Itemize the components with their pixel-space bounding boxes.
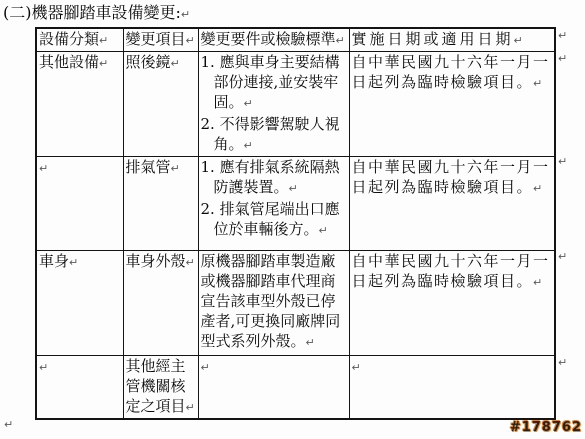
header-category: 設備分類↵ <box>36 28 123 52</box>
cell-end-mark: ↵ <box>171 57 180 70</box>
cell-end-mark: ↵ <box>186 256 195 269</box>
row-end-mark: ↵ <box>558 52 567 65</box>
cell-category: 其他設備↵ <box>36 52 123 157</box>
paragraph-mark: ↵ <box>4 418 13 431</box>
header-item: 變更項目↵ <box>123 28 198 52</box>
cell-category: ↵ <box>36 356 123 420</box>
title-text: (二)機器腳踏車設備變更: <box>3 3 181 22</box>
cell-end-mark: ↵ <box>99 57 108 70</box>
cell-date: 自中華民國九十六年一月一日起列為臨時檢驗項目。↵ <box>349 157 555 251</box>
document-page: (二)機器腳踏車設備變更:↵ 設備分類↵ 變更項目↵ 變更要件或檢驗標準↵ 實施… <box>0 0 585 439</box>
table-row: 其他設備↵ 照後鏡↵ 1. 應與車身主要結構部份連接,並安裝牢固。↵ 2. 不得… <box>36 52 555 157</box>
cell-end-mark: ↵ <box>99 34 108 47</box>
cell-end-mark: ↵ <box>306 336 315 349</box>
cell-item: 照後鏡↵ <box>123 52 198 157</box>
cell-end-mark: ↵ <box>514 34 523 47</box>
row-end-mark: ↵ <box>558 155 567 168</box>
cell-end-mark: ↵ <box>533 276 542 289</box>
cell-end-mark: ↵ <box>533 77 542 90</box>
table-row: 車身↵ 車身外殼↵ 原機器腳踏車製造廠或機器腳踏車代理商宣告該車型外殼已停產者,… <box>36 251 555 356</box>
row-end-mark: ↵ <box>558 29 567 42</box>
header-date: 實施日期或適用日期↵ <box>349 28 555 52</box>
cell-end-mark: ↵ <box>533 182 542 195</box>
row-end-mark: ↵ <box>558 356 567 369</box>
cell-end-mark: ↵ <box>244 97 253 110</box>
cell-end-mark: ↵ <box>244 139 253 152</box>
cell-category: ↵ <box>36 157 123 251</box>
cell-end-mark: ↵ <box>289 182 298 195</box>
cell-end-mark: ↵ <box>69 256 78 269</box>
cell-date: 自中華民國九十六年一月一日起列為臨時檢驗項目。↵ <box>349 251 555 356</box>
cell-end-mark: ↵ <box>186 401 195 414</box>
table-row: ↵ 其他經主管機關核定之項目↵ ↵ ↵ <box>36 356 555 420</box>
table-row: ↵ 排氣管↵ 1. 應有排氣系統隔熱防護裝置。↵ 2. 排氣管尾端出口應位於車輛… <box>36 157 555 251</box>
criteria-item: 原機器腳踏車製造廠或機器腳踏車代理商宣告該車型外殼已停產者,可更換同廠牌同型式系… <box>201 251 347 353</box>
watermark-id: #178762 <box>510 420 582 435</box>
equipment-change-table: 設備分類↵ 變更項目↵ 變更要件或檢驗標準↵ 實施日期或適用日期↵ 其他設備↵ … <box>35 27 556 420</box>
criteria-item: 2. 不得影響駕駛人視角。↵ <box>201 114 347 156</box>
document-title: (二)機器腳踏車設備變更:↵ <box>3 3 190 25</box>
cell-item: 排氣管↵ <box>123 157 198 251</box>
paragraph-mark: ↵ <box>181 8 190 21</box>
cell-criteria: 1. 應與車身主要結構部份連接,並安裝牢固。↵ 2. 不得影響駕駛人視角。↵ <box>198 52 349 157</box>
criteria-item: 1. 應有排氣系統隔熱防護裝置。↵ <box>201 157 347 199</box>
cell-end-mark: ↵ <box>39 361 48 374</box>
cell-criteria: ↵ <box>198 356 349 420</box>
criteria-item: 1. 應與車身主要結構部份連接,並安裝牢固。↵ <box>201 52 347 114</box>
cell-end-mark: ↵ <box>201 361 210 374</box>
cell-end-mark: ↵ <box>352 361 361 374</box>
cell-category: 車身↵ <box>36 251 123 356</box>
cell-criteria: 原機器腳踏車製造廠或機器腳踏車代理商宣告該車型外殼已停產者,可更換同廠牌同型式系… <box>198 251 349 356</box>
cell-date: 自中華民國九十六年一月一日起列為臨時檢驗項目。↵ <box>349 52 555 157</box>
criteria-item: 2. 排氣管尾端出口應位於車輛後方。↵ <box>201 199 347 241</box>
cell-end-mark: ↵ <box>39 162 48 175</box>
cell-criteria: 1. 應有排氣系統隔熱防護裝置。↵ 2. 排氣管尾端出口應位於車輛後方。↵ <box>198 157 349 251</box>
cell-item: 車身外殼↵ <box>123 251 198 356</box>
cell-end-mark: ↵ <box>186 34 195 47</box>
cell-end-mark: ↵ <box>171 162 180 175</box>
row-end-mark: ↵ <box>558 250 567 263</box>
table-header-row: 設備分類↵ 變更項目↵ 變更要件或檢驗標準↵ 實施日期或適用日期↵ <box>36 28 555 52</box>
cell-end-mark: ↵ <box>336 34 345 47</box>
cell-end-mark: ↵ <box>319 224 328 237</box>
cell-item: 其他經主管機關核定之項目↵ <box>123 356 198 420</box>
header-criteria: 變更要件或檢驗標準↵ <box>198 28 349 52</box>
cell-date: ↵ <box>349 356 555 420</box>
